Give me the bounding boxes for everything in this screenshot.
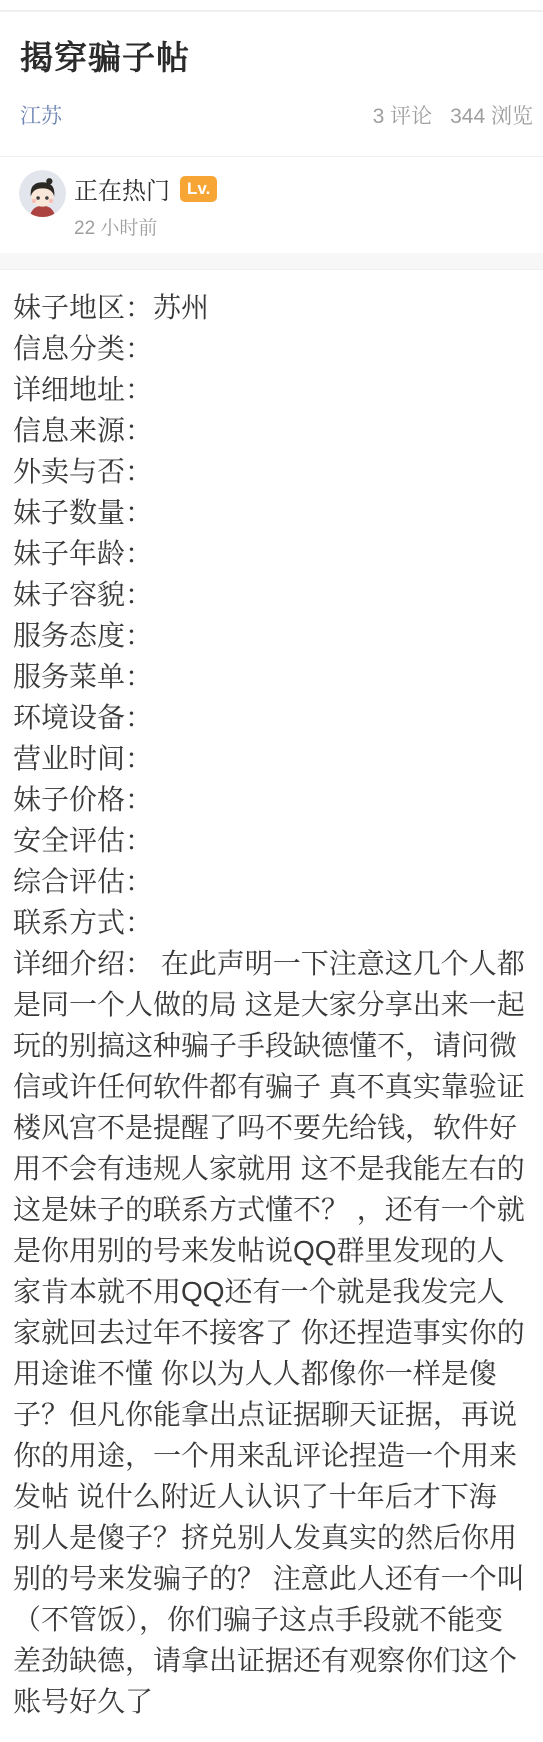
field-label: 妹子年龄：	[13, 538, 153, 569]
detail-text: 在此声明一下注意这几个人都是同一个人做的局 这是大家分享出来一起玩的别搞这种骗子…	[13, 948, 533, 1717]
field-row-attitude: 服务态度：	[13, 615, 531, 656]
field-row-area: 妹子地区：苏州	[13, 287, 531, 328]
level-badge: Lv.	[180, 176, 217, 202]
field-row-contact: 联系方式：	[13, 902, 531, 943]
post-header: 揭穿骗子帖 江苏 3 评论 344 浏览	[0, 12, 543, 156]
views-count: 344 浏览	[450, 100, 533, 130]
field-row-source: 信息来源：	[13, 410, 531, 451]
field-label: 服务态度：	[13, 620, 153, 651]
field-label: 安全评估：	[13, 825, 153, 856]
author-row: 正在热门 Lv. 22 小时前	[0, 157, 543, 253]
field-row-environment: 环境设备：	[13, 697, 531, 738]
field-row-quantity: 妹子数量：	[13, 492, 531, 533]
boy-avatar-icon	[19, 170, 66, 217]
field-row-delivery: 外卖与否：	[13, 451, 531, 492]
author-name[interactable]: 正在热门	[74, 171, 170, 206]
region-link[interactable]: 江苏	[20, 100, 62, 130]
comments-count: 3 评论	[373, 100, 433, 130]
field-row-address: 详细地址：	[13, 369, 531, 410]
author-name-row: 正在热门 Lv.	[74, 171, 217, 206]
field-label: 妹子价格：	[13, 784, 153, 815]
section-separator-band	[0, 253, 543, 270]
field-row-hours: 营业时间：	[13, 738, 531, 779]
field-label: 外卖与否：	[13, 456, 153, 487]
field-label: 联系方式：	[13, 907, 153, 938]
field-row-safety: 安全评估：	[13, 820, 531, 861]
detail-label: 详细介绍：	[13, 948, 153, 979]
post-stats: 3 评论 344 浏览	[373, 100, 533, 130]
field-value: 苏州	[153, 292, 209, 323]
field-row-category: 信息分类：	[13, 328, 531, 369]
field-label: 信息分类：	[13, 333, 153, 364]
post-detail-page: 揭穿骗子帖 江苏 3 评论 344 浏览	[0, 0, 543, 1742]
author-avatar[interactable]	[19, 170, 66, 217]
field-label: 服务菜单：	[13, 661, 153, 692]
post-time: 22 小时前	[74, 213, 217, 240]
meta-row: 江苏 3 评论 344 浏览	[20, 100, 533, 156]
post-body: 妹子地区：苏州 信息分类： 详细地址： 信息来源： 外卖与否： 妹子数量： 妹子…	[0, 270, 543, 1742]
field-label: 营业时间：	[13, 743, 153, 774]
field-label: 详细地址：	[13, 374, 153, 405]
field-row-age: 妹子年龄：	[13, 533, 531, 574]
field-label: 环境设备：	[13, 702, 153, 733]
field-label: 妹子容貌：	[13, 579, 153, 610]
field-row-price: 妹子价格：	[13, 779, 531, 820]
field-label: 信息来源：	[13, 415, 153, 446]
field-label: 妹子数量：	[13, 497, 153, 528]
field-row-appearance: 妹子容貌：	[13, 574, 531, 615]
author-info: 正在热门 Lv. 22 小时前	[74, 170, 217, 240]
page-title: 揭穿骗子帖	[20, 38, 533, 78]
field-row-overall: 综合评估：	[13, 861, 531, 902]
field-row-menu: 服务菜单：	[13, 656, 531, 697]
top-divider	[0, 0, 543, 12]
detail-paragraph: 详细介绍： 在此声明一下注意这几个人都是同一个人做的局 这是大家分享出来一起玩的…	[13, 943, 531, 1722]
field-label: 综合评估：	[13, 866, 153, 897]
field-label: 妹子地区：	[13, 292, 153, 323]
